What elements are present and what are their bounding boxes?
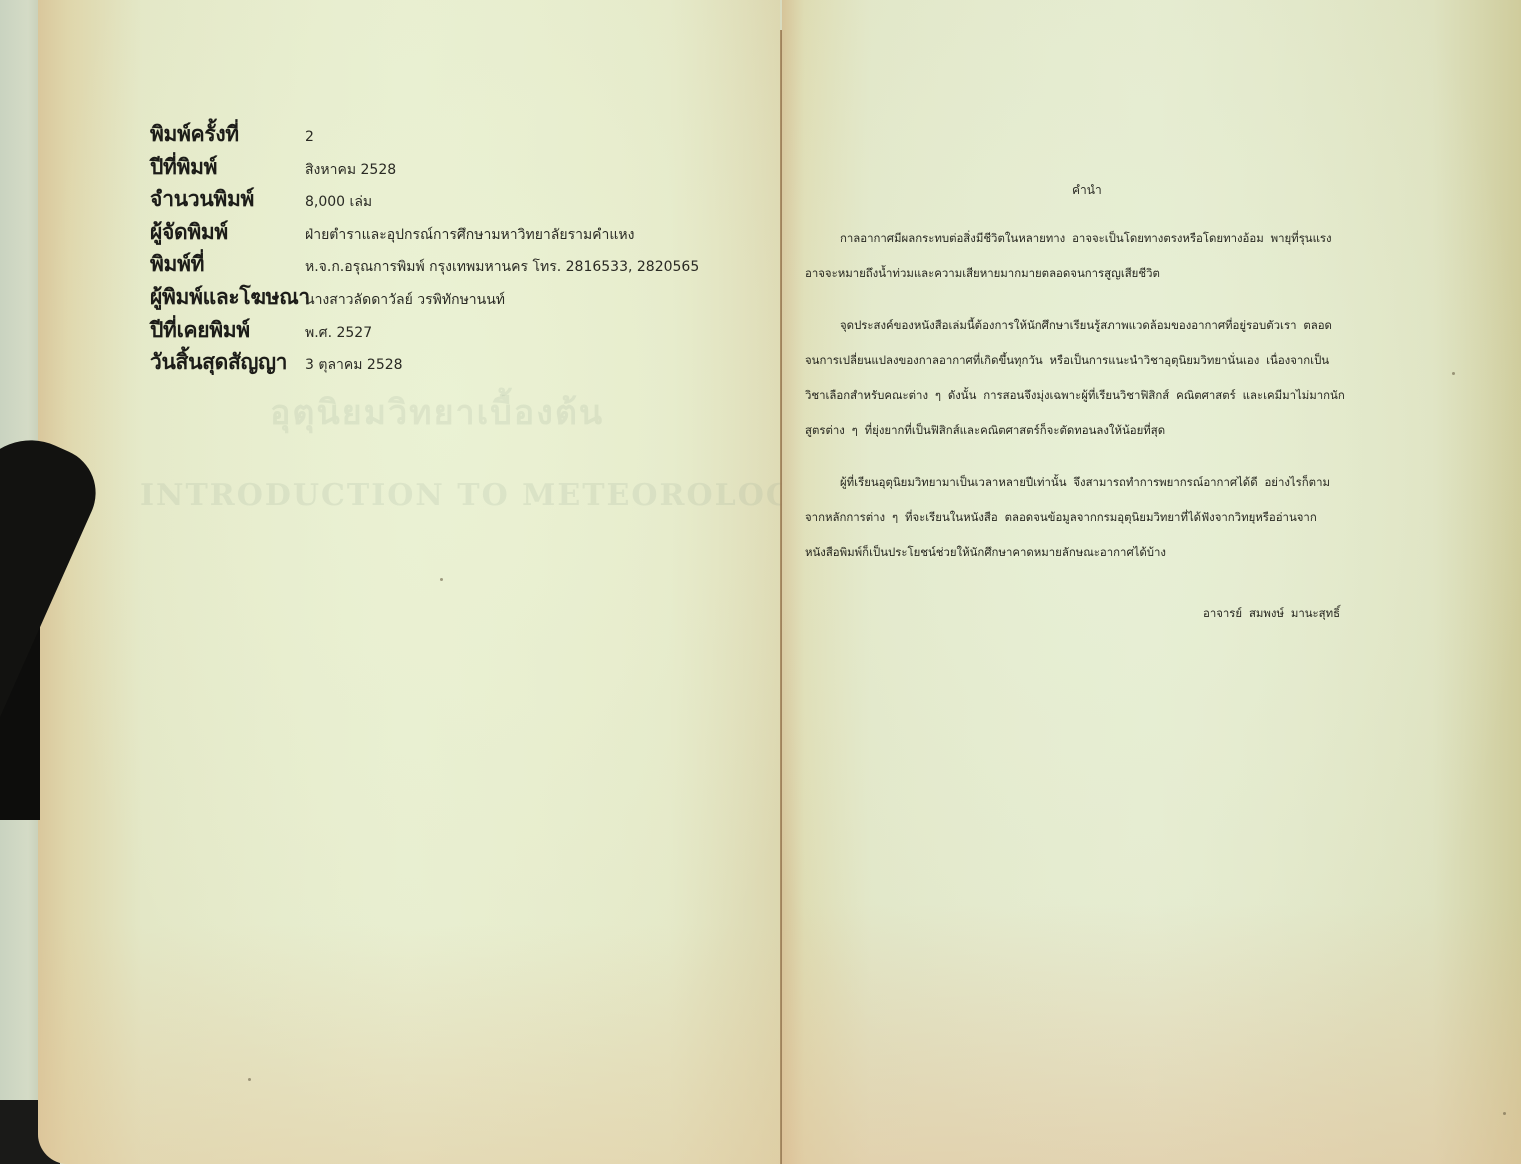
- colophon-value: ห.จ.ก.อรุณการพิมพ์ กรุงเทพมหานคร โทร. 28…: [305, 256, 699, 278]
- preface-paragraph: จุดประสงค์ของหนังสือเล่มนี้ต้องการให้นัก…: [805, 315, 1435, 455]
- preface-line: อาจจะหมายถึงน้ำท่วมและความเสียหายมากมายต…: [805, 263, 1435, 298]
- colophon-label: วันสิ้นสุดสัญญา: [150, 346, 305, 379]
- colophon-row-copies: จำนวนพิมพ์ 8,000 เล่ม: [150, 183, 699, 216]
- colophon-value: ฝ่ายตำราและอุปกรณ์การศึกษามหาวิทยาลัยราม…: [305, 224, 635, 246]
- preface-line: หนังสือพิมพ์ก็เป็นประโยชน์ช่วยให้นักศึกษ…: [805, 542, 1435, 577]
- show-through-english-title: INTRODUCTION TO METEOROLOGY: [140, 478, 817, 513]
- colophon-label: ปีที่พิมพ์: [150, 151, 305, 184]
- paper-speck: [1503, 1112, 1506, 1115]
- preface-line: จนการเปลี่ยนแปลงของกาลอากาศที่เกิดขึ้นทุ…: [805, 350, 1435, 385]
- colophon-label: จำนวนพิมพ์: [150, 183, 305, 216]
- paper-speck: [248, 1078, 251, 1081]
- preface-paragraph: กาลอากาศมีผลกระทบต่อสิ่งมีชีวิตในหลายทาง…: [805, 228, 1435, 298]
- paper-speck: [1452, 372, 1455, 375]
- colophon-value: พ.ศ. 2527: [305, 322, 372, 344]
- colophon-row-edition: พิมพ์ครั้งที่ 2: [150, 118, 699, 151]
- colophon-row-printer-advertiser: ผู้พิมพ์และโฆษณา นางสาวลัดดาวัลย์ วรพิทั…: [150, 281, 699, 314]
- preface-line: สูตรต่าง ๆ ที่ยุ่งยากที่เป็นฟิสิกส์และคณ…: [805, 420, 1435, 455]
- colophon-value: สิงหาคม 2528: [305, 159, 396, 181]
- preface-title: คำนำ: [1072, 181, 1102, 200]
- preface-line: วิชาเลือกสำหรับคณะต่าง ๆ ดังนั้น การสอนจ…: [805, 385, 1435, 420]
- colophon-row-contract-end: วันสิ้นสุดสัญญา 3 ตุลาคม 2528: [150, 346, 699, 379]
- colophon-value: นางสาวลัดดาวัลย์ วรพิทักษานนท์: [305, 289, 505, 311]
- colophon-row-printer: พิมพ์ที่ ห.จ.ก.อรุณการพิมพ์ กรุงเทพมหานค…: [150, 248, 699, 281]
- colophon: พิมพ์ครั้งที่ 2 ปีที่พิมพ์ สิงหาคม 2528 …: [150, 118, 699, 379]
- colophon-row-publisher: ผู้จัดพิมพ์ ฝ่ายตำราและอุปกรณ์การศึกษามห…: [150, 216, 699, 249]
- colophon-row-previous-print: ปีที่เคยพิมพ์ พ.ศ. 2527: [150, 314, 699, 347]
- colophon-label: ผู้จัดพิมพ์: [150, 216, 305, 249]
- preface-body: กาลอากาศมีผลกระทบต่อสิ่งมีชีวิตในหลายทาง…: [805, 228, 1435, 594]
- colophon-label: ผู้พิมพ์และโฆษณา: [150, 281, 305, 314]
- colophon-value: 2: [305, 129, 314, 145]
- show-through-thai-title: อุตุนิยมวิทยาเบื้องต้น: [270, 385, 604, 439]
- preface-line: ผู้ที่เรียนอุตุนิยมวิทยามาเป็นเวลาหลายปี…: [805, 472, 1435, 507]
- preface-line: กาลอากาศมีผลกระทบต่อสิ่งมีชีวิตในหลายทาง…: [805, 228, 1435, 263]
- colophon-label: ปีที่เคยพิมพ์: [150, 314, 305, 347]
- colophon-label: พิมพ์ที่: [150, 248, 305, 281]
- preface-line: จุดประสงค์ของหนังสือเล่มนี้ต้องการให้นัก…: [805, 315, 1435, 350]
- preface-paragraph: ผู้ที่เรียนอุตุนิยมวิทยามาเป็นเวลาหลายปี…: [805, 472, 1435, 577]
- preface-signature: อาจารย์ สมพงษ์ มานะสุทธิ์: [1203, 605, 1340, 623]
- paper-speck: [440, 578, 443, 581]
- colophon-row-print-year: ปีที่พิมพ์ สิงหาคม 2528: [150, 151, 699, 184]
- preface-line: จากหลักการต่าง ๆ ที่จะเรียนในหนังสือ ตลอ…: [805, 507, 1435, 542]
- colophon-value: 8,000 เล่ม: [305, 191, 372, 213]
- colophon-value: 3 ตุลาคม 2528: [305, 354, 403, 376]
- colophon-label: พิมพ์ครั้งที่: [150, 118, 305, 151]
